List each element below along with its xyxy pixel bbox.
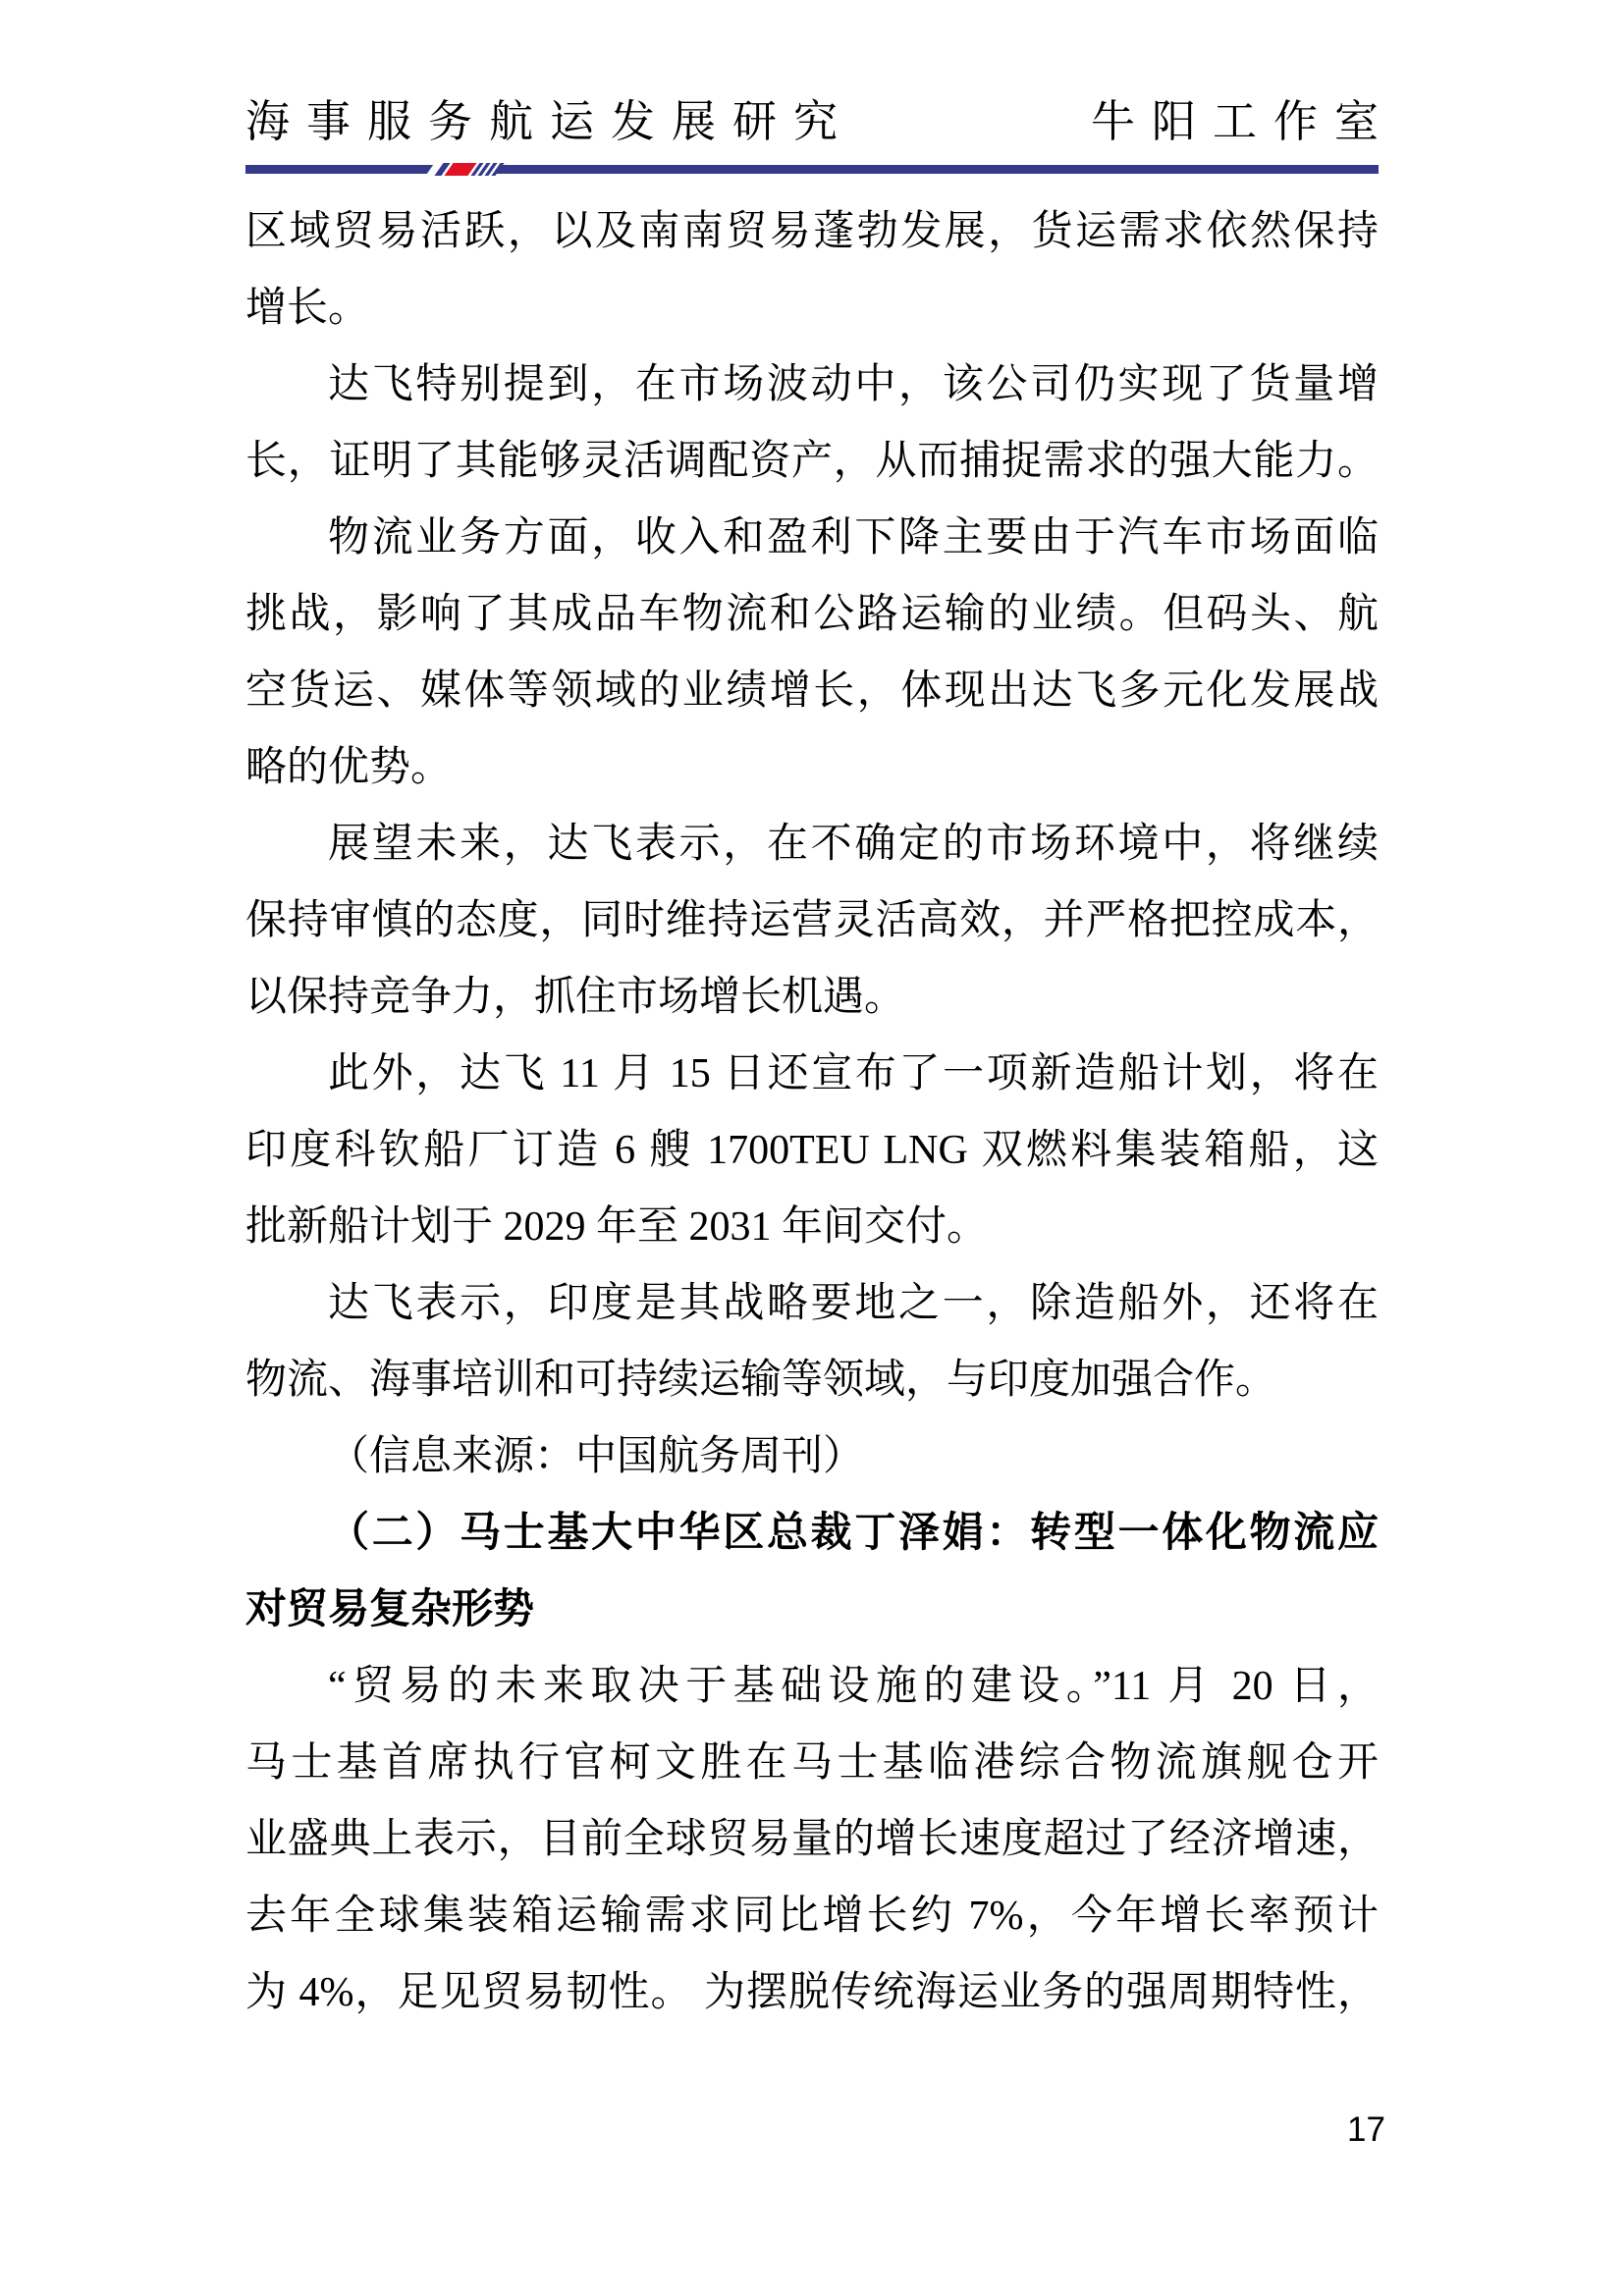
body-line: 此外，达飞 11 月 15 日还宣布了一项新造船计划，将在: [245, 1036, 1379, 1112]
body-line: 批新船计划于 2029 年至 2031 年间交付。: [245, 1189, 1379, 1265]
body-line: （二）马士基大中华区总裁丁泽娟：转型一体化物流应: [245, 1495, 1379, 1572]
body-line: 略的优势。: [245, 729, 1379, 806]
body-line: 以保持竞争力，抓住市场增长机遇。: [245, 959, 1379, 1036]
body-line: （信息来源：中国航务周刊）: [245, 1418, 1379, 1495]
body-line: 达飞表示，印度是其战略要地之一，除造船外，还将在: [245, 1265, 1379, 1342]
body-line: “贸易的未来取决于基础设施的建设。”11 月 20 日，: [245, 1648, 1379, 1725]
body-line: 挑战，影响了其成品车物流和公路运输的业绩。但码头、航: [245, 576, 1379, 653]
body-line: 马士基首席执行官柯文胜在马士基临港综合物流旗舰仓开: [245, 1725, 1379, 1801]
body-line: 空货运、媒体等领域的业绩增长，体现出达飞多元化发展战: [245, 653, 1379, 729]
body-line: 对贸易复杂形势: [245, 1572, 1379, 1648]
page-number: 17: [1347, 2110, 1385, 2150]
body-text: 区域贸易活跃，以及南南贸易蓬勃发展，货运需求依然保持增长。达飞特别提到，在市场波…: [245, 193, 1379, 2031]
body-line: 达飞特别提到，在市场波动中，该公司仍实现了货量增: [245, 347, 1379, 423]
body-line: 保持审慎的态度，同时维持运营灵活高效，并严格把控成本，: [245, 882, 1379, 959]
body-line: 物流、海事培训和可持续运输等领域，与印度加强合作。: [245, 1342, 1379, 1418]
body-line: 长，证明了其能够灵活调配资产，从而捕捉需求的强大能力。: [245, 423, 1379, 500]
header-right-title: 牛阳工作室: [1091, 98, 1395, 145]
body-line: 业盛典上表示，目前全球贸易量的增长速度超过了经济增速，: [245, 1801, 1379, 1878]
body-line: 区域贸易活跃，以及南南贸易蓬勃发展，货运需求依然保持: [245, 193, 1379, 270]
body-line: 为 4%，足见贸易韧性。 为摆脱传统海运业务的强周期特性，: [245, 1954, 1379, 2031]
body-line: 印度科钦船厂订造 6 艘 1700TEU LNG 双燃料集装箱船，这: [245, 1112, 1379, 1189]
header-left-title: 海事服务航运发展研究: [245, 98, 854, 145]
body-line: 去年全球集装箱运输需求同比增长约 7%，今年增长率预计: [245, 1878, 1379, 1954]
document-page: 海事服务航运发展研究 牛阳工作室 区域贸易活跃，以及南南贸易蓬勃发展，货运需求依…: [0, 0, 1624, 2296]
body-line: 展望未来，达飞表示，在不确定的市场环境中，将继续: [245, 806, 1379, 882]
body-line: 物流业务方面，收入和盈利下降主要由于汽车市场面临: [245, 500, 1379, 576]
header-divider-rule: [245, 165, 1379, 174]
body-line: 增长。: [245, 270, 1379, 347]
